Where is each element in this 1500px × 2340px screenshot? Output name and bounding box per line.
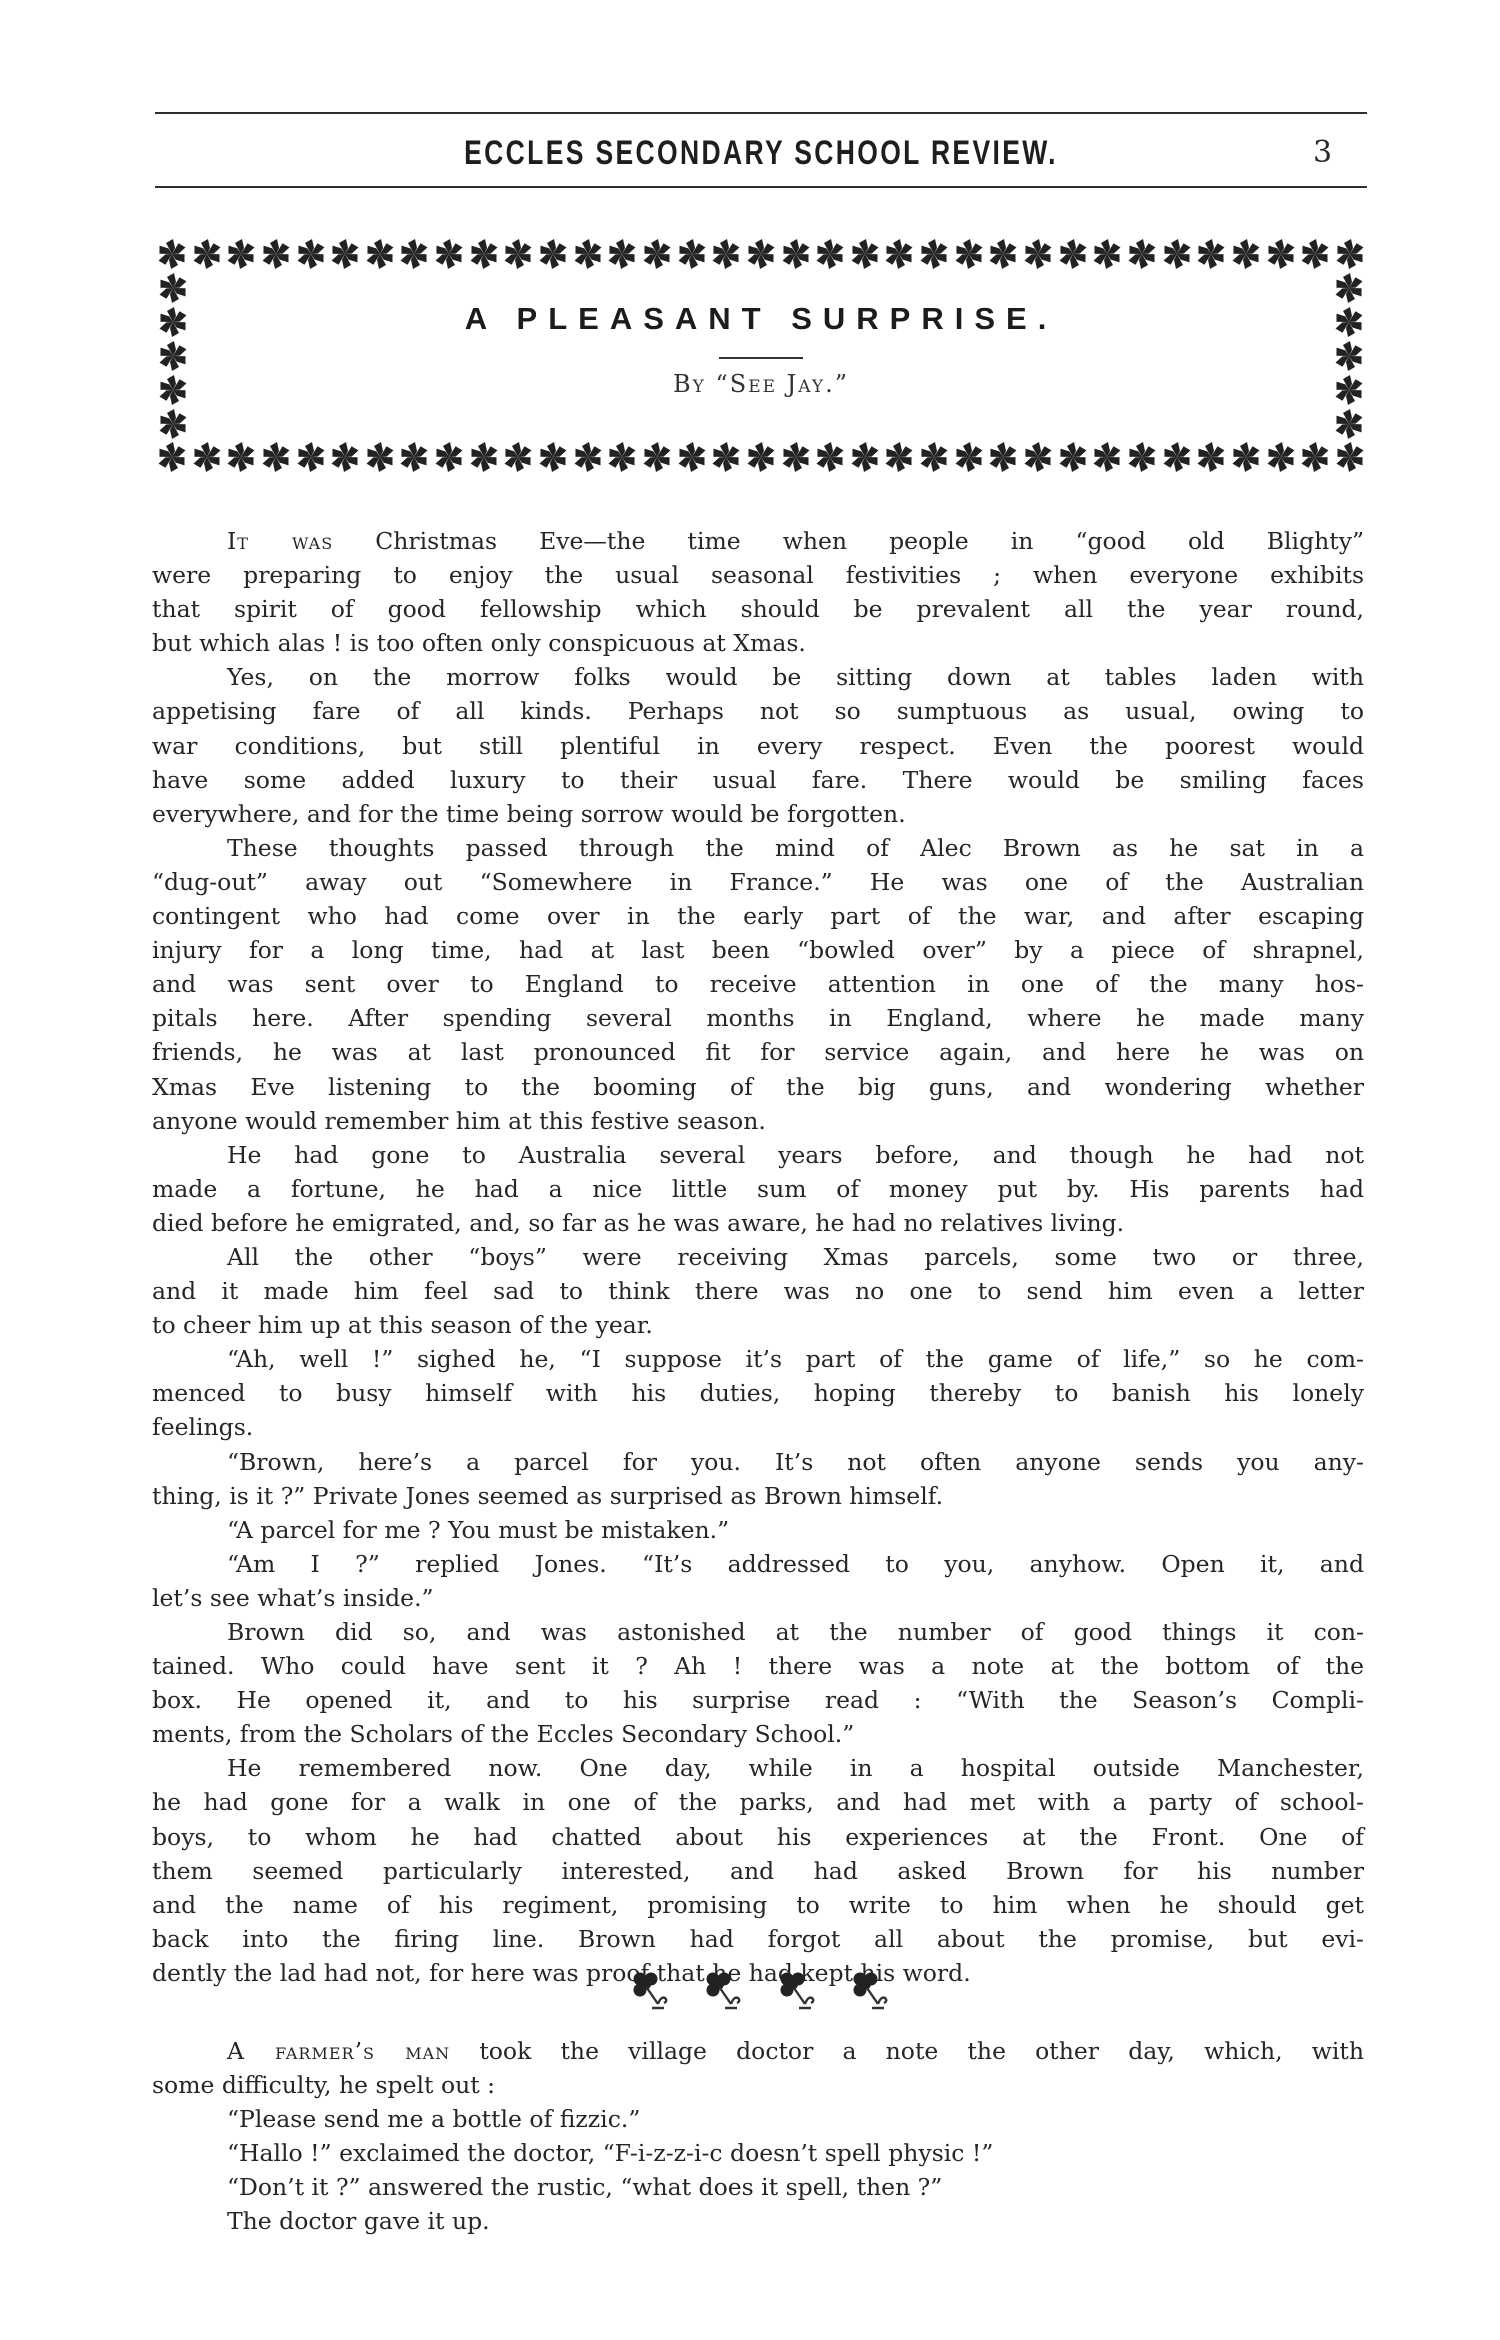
border-top-row <box>155 237 1367 273</box>
text-line: thing, is it ?” Private Jones seemed as … <box>152 1479 1364 1513</box>
text-line: boys, to whom he had chatted about his e… <box>152 1820 1364 1854</box>
clover-icon <box>703 1970 743 2012</box>
pinwheel-star-icon <box>294 440 328 474</box>
pinwheel-star-icon <box>813 440 847 474</box>
pinwheel-star-icon <box>1298 237 1332 271</box>
pinwheel-star-icon <box>952 237 986 271</box>
pinwheel-star-icon <box>1194 237 1228 271</box>
lead-in-smallcaps: It was <box>227 527 333 555</box>
section-separator <box>630 1970 890 2014</box>
pinwheel-star-icon <box>536 440 570 474</box>
pinwheel-star-icon <box>1090 440 1124 474</box>
pinwheel-star-icon <box>190 237 224 271</box>
pinwheel-star-icon <box>917 440 951 474</box>
text-line: pitals here. After spending several mont… <box>152 1001 1364 1035</box>
pinwheel-star-icon <box>1090 237 1124 271</box>
text-line: feelings. <box>152 1410 1364 1444</box>
running-head-bottom-rule <box>155 186 1367 188</box>
article-paragraph: “Ah, well !” sighed he, “I suppose it’s … <box>152 1342 1364 1444</box>
pinwheel-star-icon <box>1333 440 1367 474</box>
anecdote-paragraph: “Please send me a bottle of fizzic.” <box>152 2102 1364 2136</box>
pinwheel-star-icon <box>779 237 813 271</box>
pinwheel-star-icon <box>675 237 709 271</box>
pinwheel-star-icon <box>986 440 1020 474</box>
text-line: He remembered now. One day, while in a h… <box>152 1751 1364 1785</box>
pinwheel-star-icon <box>501 237 535 271</box>
pinwheel-star-icon <box>1021 237 1055 271</box>
article-paragraph: “A parcel for me ? You must be mistaken.… <box>152 1513 1364 1547</box>
pinwheel-star-icon <box>1125 237 1159 271</box>
anecdote-paragraph: A farmer’s man took the village doctor a… <box>152 2034 1364 2102</box>
anecdote-paragraph: “Hallo !” exclaimed the doctor, “F-i-z-z… <box>152 2136 1364 2170</box>
pinwheel-star-icon <box>294 237 328 271</box>
pinwheel-star-icon <box>952 440 986 474</box>
byline: By “See Jay.” <box>155 367 1367 401</box>
pinwheel-star-icon <box>1298 440 1332 474</box>
lead-in-smallcaps: A farmer’s man <box>227 2037 450 2065</box>
pinwheel-star-icon <box>779 440 813 474</box>
pinwheel-star-icon <box>328 440 362 474</box>
text-line: menced to busy himself with his duties, … <box>152 1376 1364 1410</box>
text-line: “A parcel for me ? You must be mistaken.… <box>152 1513 1364 1547</box>
article-paragraph: “Am I ?” replied Jones. “It’s addressed … <box>152 1547 1364 1615</box>
pinwheel-star-icon <box>1160 440 1194 474</box>
pinwheel-star-icon <box>259 237 293 271</box>
pinwheel-star-icon <box>675 440 709 474</box>
pinwheel-star-icon <box>328 237 362 271</box>
pinwheel-star-icon <box>848 440 882 474</box>
pinwheel-star-icon <box>397 440 431 474</box>
text-line: “Please send me a bottle of fizzic.” <box>152 2102 1364 2136</box>
pinwheel-star-icon <box>363 440 397 474</box>
text-line: friends, he was at last pronounced fit f… <box>152 1035 1364 1069</box>
article-title: A PLEASANT SURPRISE. <box>155 299 1367 339</box>
text-line: back into the firing line. Brown had for… <box>152 1922 1364 1956</box>
text-line: “Hallo !” exclaimed the doctor, “F-i-z-z… <box>152 2136 1364 2170</box>
clover-icon <box>777 1970 817 2012</box>
text-line: everywhere, and for the time being sorro… <box>152 797 1364 831</box>
article-paragraph: “Brown, here’s a parcel for you. It’s no… <box>152 1445 1364 1513</box>
pinwheel-star-icon <box>1056 237 1090 271</box>
pinwheel-star-icon <box>397 237 431 271</box>
text-line: It was Christmas Eve—the time when peopl… <box>152 524 1364 558</box>
article-paragraph: He remembered now. One day, while in a h… <box>152 1751 1364 1990</box>
pinwheel-star-icon <box>1264 237 1298 271</box>
anecdote-body: A farmer’s man took the village doctor a… <box>152 2034 1364 2239</box>
article-paragraph: All the other “boys” were receiving Xmas… <box>152 1240 1364 1342</box>
pinwheel-star-icon <box>917 237 951 271</box>
text-line: These thoughts passed through the mind o… <box>152 831 1364 865</box>
pinwheel-star-icon <box>190 440 224 474</box>
pinwheel-star-icon <box>156 407 190 441</box>
text-line: “Ah, well !” sighed he, “I suppose it’s … <box>152 1342 1364 1376</box>
text-line: them seemed particularly interested, and… <box>152 1854 1364 1888</box>
text-line: All the other “boys” were receiving Xmas… <box>152 1240 1364 1274</box>
pinwheel-star-icon <box>155 237 189 271</box>
border-bottom-row <box>155 440 1367 476</box>
article-paragraph: These thoughts passed through the mind o… <box>152 831 1364 1138</box>
text-line: were preparing to enjoy the usual season… <box>152 558 1364 592</box>
text-line: “dug-out” away out “Somewhere in France.… <box>152 865 1364 899</box>
text-line: The doctor gave it up. <box>152 2204 1364 2238</box>
text-line: tained. Who could have sent it ? Ah ! th… <box>152 1649 1364 1683</box>
pinwheel-star-icon <box>363 237 397 271</box>
pinwheel-star-icon <box>605 440 639 474</box>
text-line: anyone would remember him at this festiv… <box>152 1104 1364 1138</box>
text-line: “Don’t it ?” answered the rustic, “what … <box>152 2170 1364 2204</box>
pinwheel-star-icon <box>605 237 639 271</box>
pinwheel-star-icon <box>986 237 1020 271</box>
text-line: “Am I ?” replied Jones. “It’s addressed … <box>152 1547 1364 1581</box>
text-line: have some added luxury to their usual fa… <box>152 763 1364 797</box>
pinwheel-star-icon <box>1194 440 1228 474</box>
anecdote-paragraph: “Don’t it ?” answered the rustic, “what … <box>152 2170 1364 2204</box>
anecdote-paragraph: The doctor gave it up. <box>152 2204 1364 2238</box>
pinwheel-star-icon <box>224 237 258 271</box>
text-line: and the name of his regiment, promising … <box>152 1888 1364 1922</box>
pinwheel-star-icon <box>744 440 778 474</box>
running-head-top-rule <box>155 112 1367 114</box>
pinwheel-star-icon <box>467 237 501 271</box>
pinwheel-star-icon <box>155 440 189 474</box>
text-line: that spirit of good fellowship which sho… <box>152 592 1364 626</box>
text-line: and was sent over to England to receive … <box>152 967 1364 1001</box>
pinwheel-star-icon <box>571 237 605 271</box>
pinwheel-star-icon <box>813 237 847 271</box>
pinwheel-star-icon <box>882 440 916 474</box>
pinwheel-star-icon <box>709 440 743 474</box>
pinwheel-star-icon <box>1332 407 1366 441</box>
text-line: ments, from the Scholars of the Eccles S… <box>152 1717 1364 1751</box>
text-line: made a fortune, he had a nice little sum… <box>152 1172 1364 1206</box>
pinwheel-star-icon <box>571 440 605 474</box>
pinwheel-star-icon <box>501 440 535 474</box>
pinwheel-star-icon <box>432 440 466 474</box>
text-line: appetising fare of all kinds. Perhaps no… <box>152 694 1364 728</box>
clover-icon <box>630 1970 670 2012</box>
pinwheel-star-icon <box>848 237 882 271</box>
article-paragraph: Brown did so, and was astonished at the … <box>152 1615 1364 1751</box>
running-head: ECCLES SECONDARY SCHOOL REVIEW. 3 <box>155 128 1367 178</box>
article-paragraph: It was Christmas Eve—the time when peopl… <box>152 524 1364 660</box>
pinwheel-star-icon <box>536 237 570 271</box>
title-block: A PLEASANT SURPRISE. By “See Jay.” <box>155 299 1367 401</box>
pinwheel-star-icon <box>467 440 501 474</box>
text-line: but which alas ! is too often only consp… <box>152 626 1364 660</box>
pinwheel-star-icon <box>709 237 743 271</box>
text-line: Yes, on the morrow folks would be sittin… <box>152 660 1364 694</box>
pinwheel-star-icon <box>1056 440 1090 474</box>
text-line: injury for a long time, had at last been… <box>152 933 1364 967</box>
pinwheel-star-icon <box>432 237 466 271</box>
text-line: Xmas Eve listening to the booming of the… <box>152 1070 1364 1104</box>
text-line: contingent who had come over in the earl… <box>152 899 1364 933</box>
page-number: 3 <box>1313 128 1332 178</box>
article-body: It was Christmas Eve—the time when peopl… <box>152 524 1364 1990</box>
pinwheel-star-icon <box>744 237 778 271</box>
text-line: and it made him feel sad to think there … <box>152 1274 1364 1308</box>
text-line: some difficulty, he spelt out : <box>152 2068 1364 2102</box>
text-line: Brown did so, and was astonished at the … <box>152 1615 1364 1649</box>
text-line: let’s see what’s inside.” <box>152 1581 1364 1615</box>
pinwheel-star-icon <box>1021 440 1055 474</box>
article-paragraph: He had gone to Australia several years b… <box>152 1138 1364 1240</box>
pinwheel-star-icon <box>1229 440 1263 474</box>
text-line: “Brown, here’s a parcel for you. It’s no… <box>152 1445 1364 1479</box>
pinwheel-star-icon <box>640 237 674 271</box>
pinwheel-star-icon <box>1229 237 1263 271</box>
text-line: He had gone to Australia several years b… <box>152 1138 1364 1172</box>
text-line: to cheer him up at this season of the ye… <box>152 1308 1364 1342</box>
pinwheel-star-icon <box>1160 237 1194 271</box>
pinwheel-star-icon <box>224 440 258 474</box>
publication-title: ECCLES SECONDARY SCHOOL REVIEW. <box>288 128 1233 178</box>
pinwheel-star-icon <box>259 440 293 474</box>
text-line: A farmer’s man took the village doctor a… <box>152 2034 1364 2068</box>
pinwheel-star-icon <box>1264 440 1298 474</box>
pinwheel-star-icon <box>1125 440 1159 474</box>
text-line: died before he emigrated, and, so far as… <box>152 1206 1364 1240</box>
text-line: box. He opened it, and to his surprise r… <box>152 1683 1364 1717</box>
text-line: war conditions, but still plentiful in e… <box>152 729 1364 763</box>
pinwheel-star-icon <box>882 237 916 271</box>
title-ornamental-border: A PLEASANT SURPRISE. By “See Jay.” <box>155 237 1367 477</box>
article-paragraph: Yes, on the morrow folks would be sittin… <box>152 660 1364 830</box>
clover-icon <box>850 1970 890 2012</box>
pinwheel-star-icon <box>1333 237 1367 271</box>
title-divider <box>719 357 803 359</box>
text-line: he had gone for a walk in one of the par… <box>152 1785 1364 1819</box>
pinwheel-star-icon <box>640 440 674 474</box>
